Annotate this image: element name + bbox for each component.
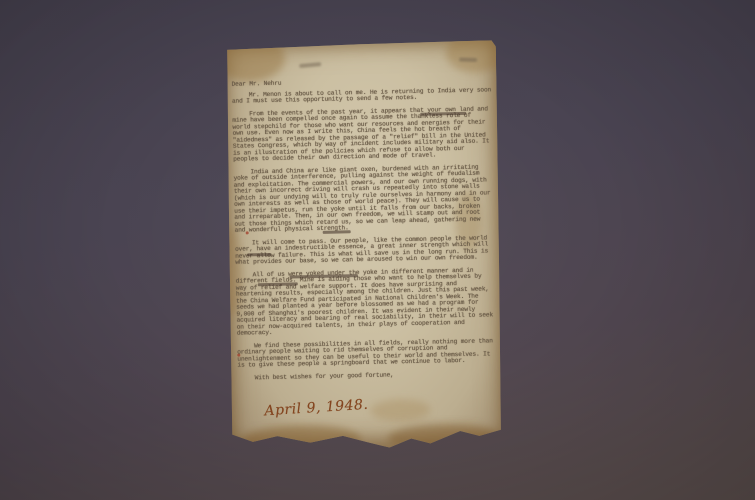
letter-paper: Dear Mr. Nehru Mr. Menon is about to cal… <box>223 40 504 451</box>
letter-paragraph: India and China are like giant oxen, bur… <box>233 164 494 234</box>
closing-line: With best wishes for your good fortune, <box>238 370 498 382</box>
letter-paragraph: We find these possibilities in all field… <box>237 338 497 369</box>
letter-paragraph: Mr. Menon is about to call on me. He is … <box>232 87 492 105</box>
letter-paragraph: It will come to pass. Our people, like t… <box>235 235 495 266</box>
pencil-smudge <box>299 62 321 68</box>
letter-paragraph: From the events of the past year, it app… <box>232 106 493 163</box>
paper-stain <box>388 423 499 451</box>
typed-letter-body: Dear Mr. Nehru Mr. Menon is about to cal… <box>232 76 498 387</box>
pencil-smudge <box>459 57 477 62</box>
paper-stain <box>241 424 362 457</box>
paper-stain <box>370 399 430 422</box>
paper-stain <box>215 35 286 82</box>
paper-stain <box>446 32 507 73</box>
letter-paragraph: All of us were yoked under the yoke in d… <box>236 267 497 337</box>
handwritten-date: April 9, 1948. <box>264 397 369 420</box>
